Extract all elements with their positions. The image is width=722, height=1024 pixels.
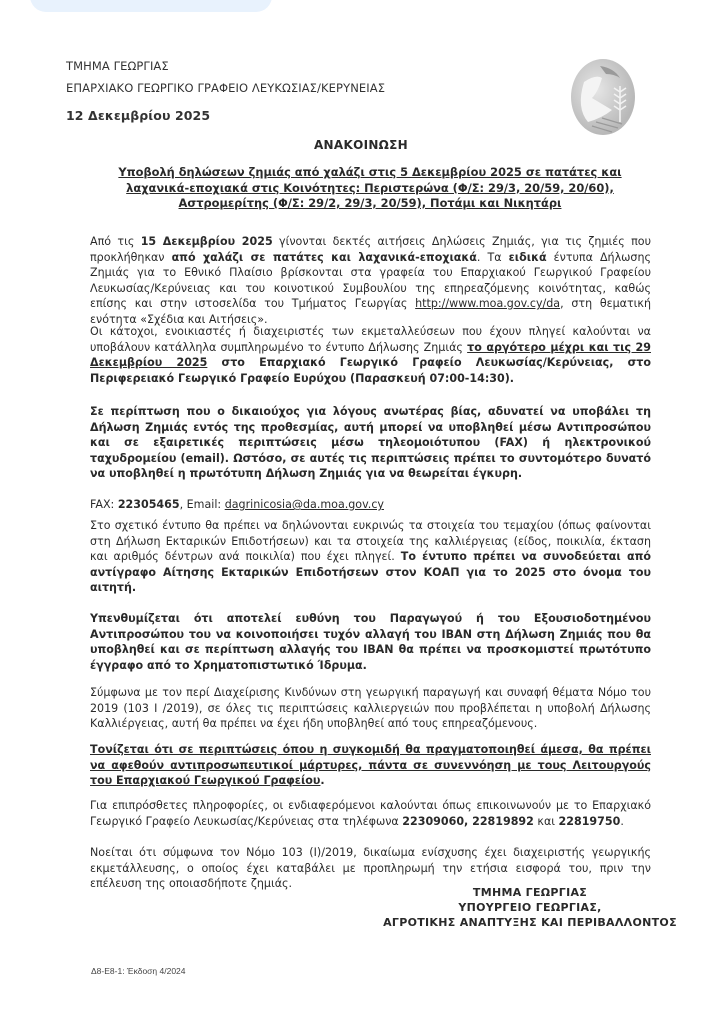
announcement-heading: ΑΝΑΚΟΙΝΩΣΗ	[0, 138, 722, 152]
email-link[interactable]: dagrinicosia@da.moa.gov.cy	[225, 498, 384, 511]
signature-line-2: ΥΠΟΥΡΓΕΙΟ ΓΕΩΡΓΙΑΣ,	[370, 900, 690, 915]
text: και	[534, 815, 559, 828]
website-link[interactable]: http://www.moa.gov.cy/da	[415, 297, 560, 310]
top-overlay-tab	[30, 0, 272, 12]
paragraph-form-details: Στο σχετικό έντυπο θα πρέπει να δηλώνοντ…	[90, 518, 651, 596]
signature-block: ΤΜΗΜΑ ΓΕΩΡΓΙΑΣ ΥΠΟΥΡΓΕΙΟ ΓΕΩΡΓΙΑΣ, ΑΓΡΟΤ…	[370, 885, 690, 930]
fax-label: FAX:	[90, 498, 118, 511]
paragraph-submission-dates: Από τις 15 Δεκεμβρίου 2025 γίνονται δεκτ…	[90, 234, 651, 327]
text: .	[320, 774, 324, 787]
signature-line-1: ΤΜΗΜΑ ΓΕΩΡΓΙΑΣ	[370, 885, 690, 900]
office-name: ΕΠΑΡΧΙΑΚΟ ΓΕΩΡΓΙΚΟ ΓΡΑΦΕΙΟ ΛΕΥΚΩΣΙΑΣ/ΚΕΡ…	[66, 81, 385, 95]
document-date: 12 Δεκεμβρίου 2025	[66, 108, 210, 123]
harvest-notice: Τονίζεται ότι σε περιπτώσεις όπου η συγκ…	[90, 743, 651, 787]
document-version: Δ8-Ε8-1: Έκδοση 4/2024	[91, 966, 186, 976]
contact-fax-email: FAX: 22305465, Email: dagrinicosia@da.mo…	[90, 497, 651, 513]
email-label: , Email:	[180, 498, 225, 511]
paragraph-contact-phones: Για επιπρόσθετες πληροφορίες, οι ενδιαφε…	[90, 798, 651, 829]
text: .	[620, 815, 624, 828]
damage-type: από χαλάζι σε πατάτες και λαχανικά-εποχι…	[172, 251, 477, 264]
phone-number: 22819750	[559, 815, 621, 828]
ministry-agriculture-logo-icon	[562, 52, 644, 142]
paragraph-force-majeure: Σε περίπτωση που ο δικαιούχος για λόγους…	[90, 404, 651, 482]
paragraph-law-reference: Σύμφωνα με τον περί Διαχείρισης Κινδύνων…	[90, 685, 651, 732]
department-name: ΤΜΗΜΑ ΓΕΩΡΓΙΑΣ	[66, 59, 169, 73]
phone-numbers: 22309060, 22819892	[402, 815, 534, 828]
text: Από τις	[90, 235, 141, 248]
signature-line-3: ΑΓΡΟΤΙΚΗΣ ΑΝΑΠΤΥΞΗΣ ΚΑΙ ΠΕΡΙΒΑΛΛΟΝΤΟΣ	[370, 915, 690, 930]
paragraph-deadline: Οι κάτοχοι, ενοικιαστές ή διαχειριστές τ…	[90, 324, 651, 386]
paragraph-harvest-witnesses: Τονίζεται ότι σε περιπτώσεις όπου η συγκ…	[90, 742, 651, 789]
paragraph-iban-reminder: Υπενθυμίζεται ότι αποτελεί ευθύνη του Πα…	[90, 611, 651, 673]
start-date: 15 Δεκεμβρίου 2025	[141, 235, 273, 248]
announcement-title: Υποβολή δηλώσεων ζημιάς από χαλάζι στις …	[100, 165, 640, 212]
text-bold: ειδικά	[509, 251, 547, 264]
text: . Τα	[477, 251, 509, 264]
fax-number: 22305465	[118, 498, 180, 511]
